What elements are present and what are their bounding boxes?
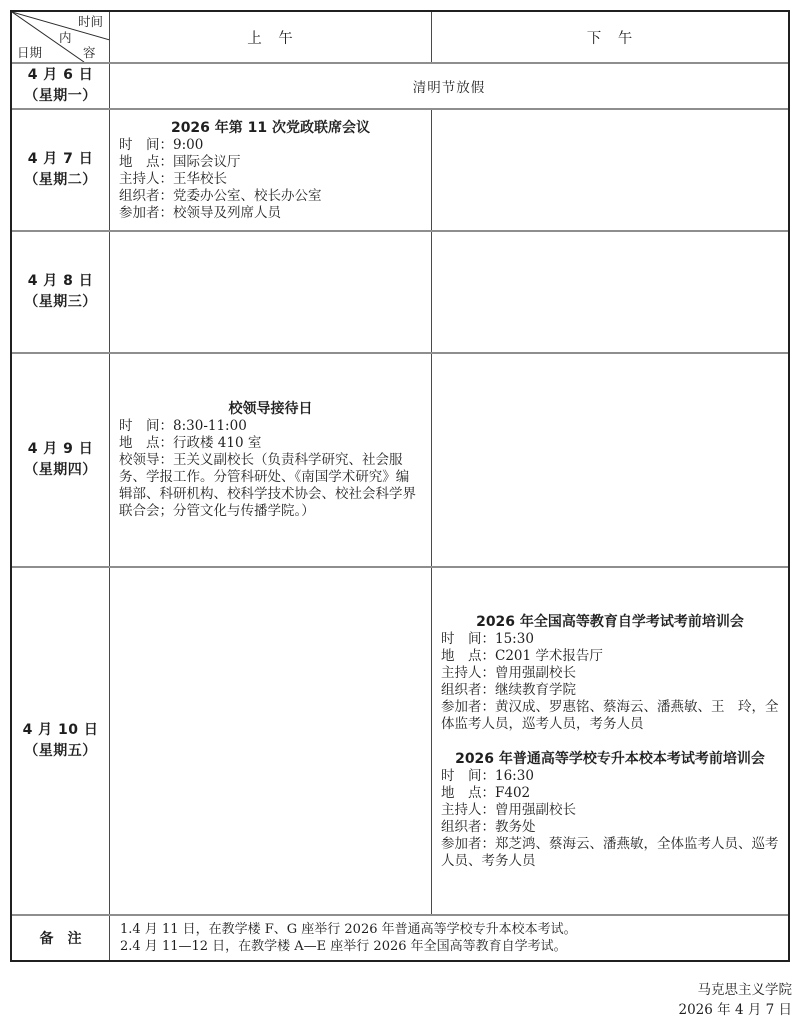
event-location: 地 点：C201 学术报告厅 <box>441 648 779 665</box>
event-title: 校领导接待日 <box>119 400 422 418</box>
row-april-10: 4 月 10 日 （星期五） 2026 年全国高等教育自学考试考前培训会 时 间… <box>12 566 788 914</box>
event-location: 地 点：F402 <box>441 785 779 802</box>
event-time: 时 间：9:00 <box>119 137 422 154</box>
event-time: 时 间：16:30 <box>441 768 779 785</box>
event-party-admin-meeting: 2026 年第 11 次党政联席会议 时 间：9:00 地 点：国际会议厅 主持… <box>119 119 422 222</box>
weekday-label: （星期一） <box>24 86 97 107</box>
afternoon-cell-april-8 <box>432 232 788 352</box>
event-leader-reception-day: 校领导接待日 时 间：8:30-11:00 地 点：行政楼 410 室 校领导：… <box>119 400 422 520</box>
schedule-page: 时间 内 容 日期 上 午 下 午 4 月 6 日 （星期一） 清明节放假 4 … <box>0 0 798 1031</box>
event-self-study-exam-training: 2026 年全国高等教育自学考试考前培训会 时 间：15:30 地 点：C201… <box>441 613 779 733</box>
date-cell-april-9: 4 月 9 日 （星期四） <box>12 354 110 566</box>
weekly-schedule-table: 时间 内 容 日期 上 午 下 午 4 月 6 日 （星期一） 清明节放假 4 … <box>10 10 790 962</box>
event-title: 2026 年全国高等教育自学考试考前培训会 <box>441 613 779 631</box>
event-leader-detail: 校领导：王关义副校长（负责科学研究、社会服务、学报工作。分管科研处、《南国学术研… <box>119 452 422 520</box>
holiday-cell: 清明节放假 <box>110 64 788 108</box>
date-label: 4 月 7 日 <box>28 149 94 170</box>
corner-label-content-top: 内 <box>59 31 72 44</box>
date-label: 4 月 8 日 <box>28 271 94 292</box>
event-host: 主持人：曾用强副校长 <box>441 802 779 819</box>
date-cell-april-10: 4 月 10 日 （星期五） <box>12 568 110 914</box>
corner-label-time: 时间 <box>78 15 103 28</box>
afternoon-cell-april-7 <box>432 110 788 230</box>
notes-content-cell: 1.4 月 11 日，在教学楼 F、G 座举行 2026 年普通高等学校专升本校… <box>110 916 788 960</box>
date-label: 4 月 10 日 <box>23 720 99 741</box>
afternoon-cell-april-10: 2026 年全国高等教育自学考试考前培训会 时 间：15:30 地 点：C201… <box>432 568 788 914</box>
event-upgrade-exam-training: 2026 年普通高等学校专升本校本考试考前培训会 时 间：16:30 地 点：F… <box>441 750 779 870</box>
corner-label-date: 日期 <box>17 46 42 59</box>
event-host: 主持人：王华校长 <box>119 171 422 188</box>
event-organizer: 组织者：党委办公室、校长办公室 <box>119 188 422 205</box>
morning-cell-april-10 <box>110 568 432 914</box>
event-participants: 参加者：黄汉成、罗惠铭、蔡海云、潘燕敏、王 玲，全体监考人员，巡考人员，考务人员 <box>441 699 779 733</box>
issuing-department: 马克思主义学院 <box>679 980 793 1000</box>
notes-label-cell: 备 注 <box>12 916 110 960</box>
afternoon-cell-april-9 <box>432 354 788 566</box>
event-organizer: 组织者：继续教育学院 <box>441 682 779 699</box>
morning-cell-april-8 <box>110 232 432 352</box>
event-participants: 参加者：郑芝鸿、蔡海云、潘燕敏，全体监考人员、巡考人员、考务人员 <box>441 836 779 870</box>
weekday-label: （星期三） <box>24 292 97 313</box>
row-april-6: 4 月 6 日 （星期一） 清明节放假 <box>12 62 788 108</box>
morning-cell-april-9: 校领导接待日 时 间：8:30-11:00 地 点：行政楼 410 室 校领导：… <box>110 354 432 566</box>
row-april-7: 4 月 7 日 （星期二） 2026 年第 11 次党政联席会议 时 间：9:0… <box>12 108 788 230</box>
event-location: 地 点：国际会议厅 <box>119 154 422 171</box>
event-title: 2026 年普通高等学校专升本校本考试考前培训会 <box>441 750 779 768</box>
event-time: 时 间：15:30 <box>441 631 779 648</box>
row-april-9: 4 月 9 日 （星期四） 校领导接待日 时 间：8:30-11:00 地 点：… <box>12 352 788 566</box>
weekday-label: （星期四） <box>24 460 97 481</box>
date-cell-april-8: 4 月 8 日 （星期三） <box>12 232 110 352</box>
row-april-8: 4 月 8 日 （星期三） <box>12 230 788 352</box>
event-location: 地 点：行政楼 410 室 <box>119 435 422 452</box>
event-host: 主持人：曾用强副校长 <box>441 665 779 682</box>
weekday-label: （星期二） <box>24 170 97 191</box>
note-item-2: 2.4 月 11—12 日，在教学楼 A—E 座举行 2026 年全国高等教育自… <box>120 938 778 955</box>
date-cell-april-6: 4 月 6 日 （星期一） <box>12 64 110 108</box>
header-row: 时间 内 容 日期 上 午 下 午 <box>12 12 788 62</box>
issue-date: 2026 年 4 月 7 日 <box>679 1000 793 1020</box>
date-cell-april-7: 4 月 7 日 （星期二） <box>12 110 110 230</box>
holiday-label: 清明节放假 <box>413 76 486 96</box>
footer-signature: 马克思主义学院 2026 年 4 月 7 日 <box>679 980 793 1020</box>
event-participants: 参加者：校领导及列席人员 <box>119 205 422 222</box>
corner-label-content-bottom: 容 <box>83 46 96 59</box>
row-notes: 备 注 1.4 月 11 日，在教学楼 F、G 座举行 2026 年普通高等学校… <box>12 914 788 960</box>
date-label: 4 月 6 日 <box>28 65 94 86</box>
column-header-morning: 上 午 <box>110 12 432 62</box>
column-header-afternoon: 下 午 <box>432 12 788 62</box>
event-title: 2026 年第 11 次党政联席会议 <box>119 119 422 137</box>
note-item-1: 1.4 月 11 日，在教学楼 F、G 座举行 2026 年普通高等学校专升本校… <box>120 921 778 938</box>
event-time: 时 间：8:30-11:00 <box>119 418 422 435</box>
morning-cell-april-7: 2026 年第 11 次党政联席会议 时 间：9:00 地 点：国际会议厅 主持… <box>110 110 432 230</box>
event-organizer: 组织者：教务处 <box>441 819 779 836</box>
weekday-label: （星期五） <box>24 741 97 762</box>
date-label: 4 月 9 日 <box>28 439 94 460</box>
corner-header-cell: 时间 内 容 日期 <box>12 12 110 62</box>
